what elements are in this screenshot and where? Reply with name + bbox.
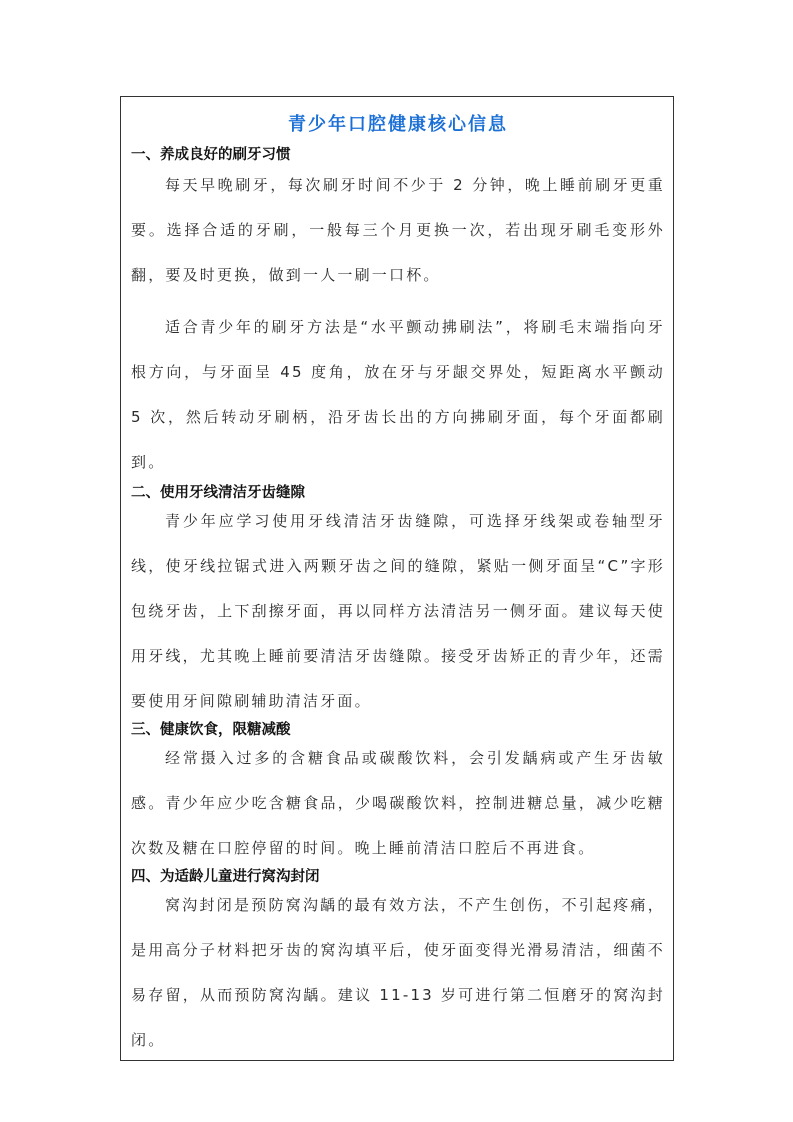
paragraph: 窝沟封闭是预防窝沟龋的最有效方法，不产生创伤，不引起疼痛，是用高分子材料把牙齿的… [131,883,665,1063]
document-title: 青少年口腔健康核心信息 [131,113,665,139]
section-dental-floss: 二、使用牙线清洁牙齿缝隙 青少年应学习使用牙线清洁牙齿缝隙，可选择牙线架或卷轴型… [131,481,665,724]
paragraph: 经常摄入过多的含糖食品或碳酸饮料，会引发龋病或产生牙齿敏感。青少年应少吃含糖食品… [131,736,665,871]
paragraph: 每天早晚刷牙，每次刷牙时间不少于 2 分钟，晚上睡前刷牙更重要。选择合适的牙刷，… [131,163,665,298]
document-frame: 青少年口腔健康核心信息 一、养成良好的刷牙习惯 每天早晚刷牙，每次刷牙时间不少于… [120,96,674,1061]
paragraph: 青少年应学习使用牙线清洁牙齿缝隙，可选择牙线架或卷轴型牙线，使牙线拉锯式进入两颗… [131,499,665,724]
section-healthy-diet: 三、健康饮食，限糖减酸 经常摄入过多的含糖食品或碳酸饮料，会引发龋病或产生牙齿敏… [131,718,665,871]
paragraph: 适合青少年的刷牙方法是“水平颤动拂刷法”，将刷毛末端指向牙根方向，与牙面呈 45… [131,305,665,485]
section-pit-fissure-sealing: 四、为适龄儿童进行窝沟封闭 窝沟封闭是预防窝沟龋的最有效方法，不产生创伤，不引起… [131,865,665,1063]
section-brushing-habits: 一、养成良好的刷牙习惯 每天早晚刷牙，每次刷牙时间不少于 2 分钟，晚上睡前刷牙… [131,143,665,485]
